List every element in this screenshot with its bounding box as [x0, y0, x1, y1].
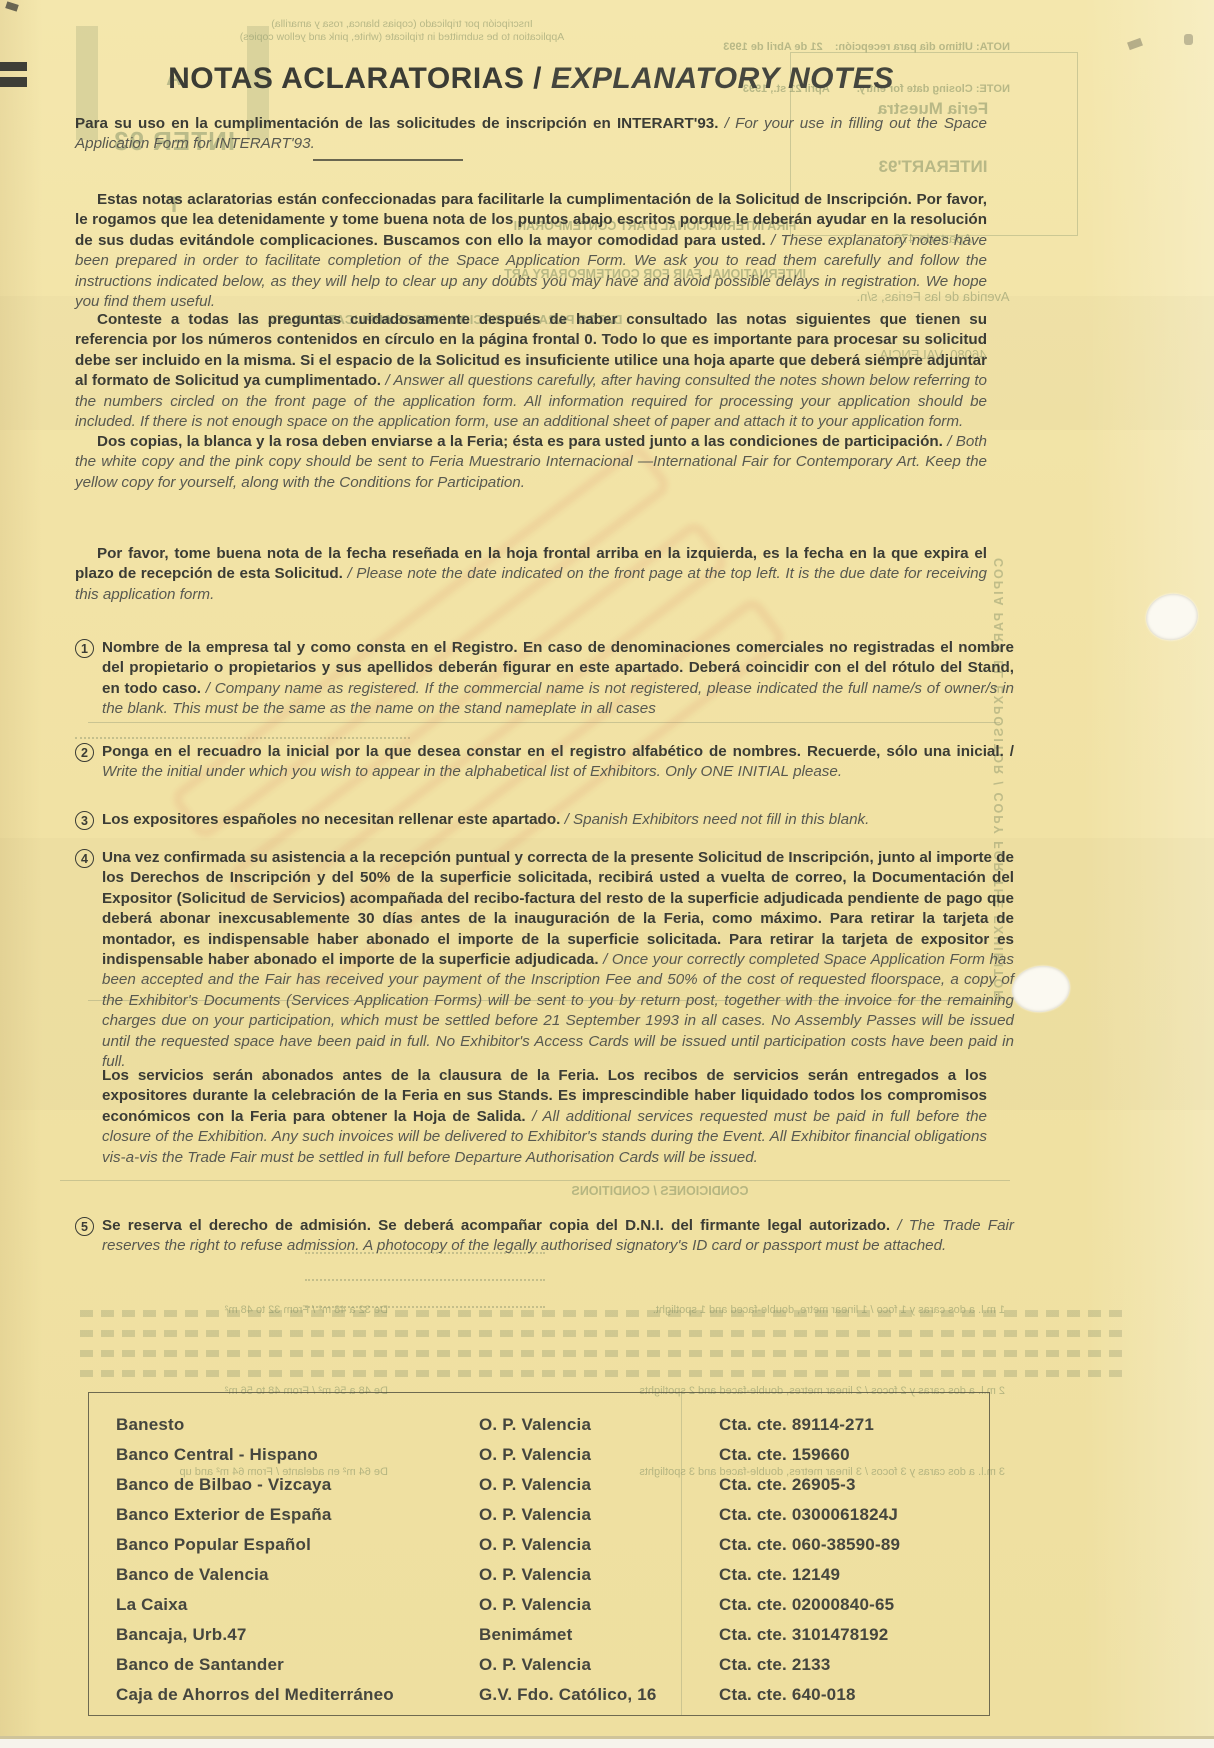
bank-account: Cta. cte. 12149 [719, 1565, 989, 1585]
bank-row: Banco de Valencia O. P. Valencia Cta. ct… [89, 1560, 989, 1590]
bank-office: O. P. Valencia [479, 1445, 719, 1465]
note-item-1: 1 Nombre de la empresa tal y como consta… [75, 638, 1014, 720]
bank-account: Cta. cte. 0300061824J [719, 1505, 989, 1525]
page-title-spanish: NOTAS ACLARATORIAS / [168, 62, 551, 95]
bank-office: O. P. Valencia [479, 1475, 719, 1495]
bleedthrough-text-line [80, 1310, 1130, 1317]
note-3-spanish: Los expositores españoles no necesitan r… [102, 811, 560, 828]
bank-account: Cta. cte. 2133 [719, 1655, 989, 1675]
bank-row: Banco Central - Hispano O. P. Valencia C… [89, 1440, 989, 1470]
bank-office: O. P. Valencia [479, 1655, 719, 1675]
bank-name: Banco Exterior de España [89, 1505, 479, 1525]
paragraph-1: Estas notas aclaratorias están confeccio… [75, 190, 987, 312]
intro-spanish: Para su uso en la cumplimentación de las… [75, 115, 718, 132]
bank-office: O. P. Valencia [479, 1565, 719, 1585]
bank-account: Cta. cte. 89114-271 [719, 1415, 989, 1435]
note-4-english: / Once your correctly completed Space Ap… [102, 951, 1014, 1070]
bleedthrough-condiciones-heading: CONDICIONES / CONDITIONS [545, 1184, 775, 1198]
note-item-5: 5 Se reserva el derecho de admisión. Se … [75, 1216, 1014, 1257]
bank-office: G.V. Fdo. Católico, 16 [479, 1685, 719, 1705]
bank-office: O. P. Valencia [479, 1595, 719, 1615]
scan-speck [1184, 34, 1193, 45]
bleedthrough-dotted-leader [305, 1279, 545, 1281]
bleedthrough-table-rule [681, 1393, 682, 1715]
bank-name: Banco Popular Español [89, 1535, 479, 1555]
paragraph-4: Por favor, tome buena nota de la fecha r… [75, 544, 987, 605]
bank-name: Banco de Bilbao - Vizcaya [89, 1475, 479, 1495]
edge-registration-mark [0, 77, 27, 87]
note-item-4-services: Los servicios serán abonados antes de la… [75, 1066, 987, 1168]
circled-number-4: 4 [75, 849, 94, 868]
bleedthrough-text-line [80, 1370, 1130, 1377]
bank-row: Caja de Ahorros del Mediterráneo G.V. Fd… [89, 1680, 989, 1710]
circled-number-2: 2 [75, 743, 94, 762]
separator-line [313, 159, 463, 161]
bank-account: Cta. cte. 159660 [719, 1445, 989, 1465]
note-5-spanish: Se reserva el derecho de admisión. Se de… [102, 1217, 890, 1234]
bank-row: Banco Popular Español O. P. Valencia Cta… [89, 1530, 989, 1560]
edge-registration-mark [0, 62, 27, 71]
note-3-english: / Spanish Exhibitors need not fill in th… [565, 811, 870, 828]
note-item-3: 3 Los expositores españoles no necesitan… [75, 810, 1014, 830]
bank-office: O. P. Valencia [479, 1505, 719, 1525]
intro-paragraph: Para su uso en la cumplimentación de las… [75, 114, 987, 155]
note-item-2: 2 Ponga en el recuadro la inicial por la… [75, 742, 1014, 783]
bank-account: Cta. cte. 640-018 [719, 1685, 989, 1705]
paragraph-3: Dos copias, la blanca y la rosa deben en… [75, 432, 987, 493]
note-1-english: / Company name as registered. If the com… [102, 680, 1014, 717]
bleedthrough-triplicate-note: Inscripción por triplicado (copias blanc… [237, 18, 567, 44]
circled-number-1: 1 [75, 639, 94, 658]
bank-account: Cta. cte. 3101478192 [719, 1625, 989, 1645]
bank-row: Banco de Santander O. P. Valencia Cta. c… [89, 1650, 989, 1680]
bleedthrough-dotted-leader [305, 1306, 545, 1308]
bank-row: Banesto O. P. Valencia Cta. cte. 89114-2… [89, 1410, 989, 1440]
bank-accounts-table: Banesto O. P. Valencia Cta. cte. 89114-2… [88, 1392, 990, 1716]
page-title: NOTAS ACLARATORIAS / EXPLANATORY NOTES [75, 62, 987, 96]
page-title-english: EXPLANATORY NOTES [551, 62, 894, 95]
note-2-english: Write the initial under which you wish t… [102, 763, 842, 780]
bank-name: Bancaja, Urb.47 [89, 1625, 479, 1645]
circled-number-5: 5 [75, 1217, 94, 1236]
bank-office: Benimámet [479, 1625, 719, 1645]
bank-name: Banco de Valencia [89, 1565, 479, 1585]
bank-account: Cta. cte. 02000840-65 [719, 1595, 989, 1615]
bank-row: Banco Exterior de España O. P. Valencia … [89, 1500, 989, 1530]
note-item-4: 4 Una vez confirmada su asistencia a la … [75, 848, 1014, 1072]
bank-name: La Caixa [89, 1595, 479, 1615]
bank-row: Banco de Bilbao - Vizcaya O. P. Valencia… [89, 1470, 989, 1500]
paragraph-2: Conteste a todas las preguntas cuidadosa… [75, 310, 987, 432]
bank-office: O. P. Valencia [479, 1535, 719, 1555]
paragraph-3-spanish: Dos copias, la blanca y la rosa deben en… [97, 433, 943, 450]
bank-name: Banesto [89, 1415, 479, 1435]
circled-number-3: 3 [75, 811, 94, 830]
scanned-document-page: Inscripción por triplicado (copias blanc… [0, 0, 1214, 1739]
bank-name: Banco Central - Hispano [89, 1445, 479, 1465]
note-2-spanish: Ponga en el recuadro la inicial por la q… [102, 743, 1014, 760]
bank-account: Cta. cte. 060-38590-89 [719, 1535, 989, 1555]
bank-row: Bancaja, Urb.47 Benimámet Cta. cte. 3101… [89, 1620, 989, 1650]
bank-account: Cta. cte. 26905-3 [719, 1475, 989, 1495]
bank-row: La Caixa O. P. Valencia Cta. cte. 020008… [89, 1590, 989, 1620]
bank-name: Caja de Ahorros del Mediterráneo [89, 1685, 479, 1705]
bank-office: O. P. Valencia [479, 1415, 719, 1435]
bank-name: Banco de Santander [89, 1655, 479, 1675]
bleedthrough-text-line [80, 1350, 1130, 1357]
bleedthrough-text-line [80, 1330, 1130, 1337]
